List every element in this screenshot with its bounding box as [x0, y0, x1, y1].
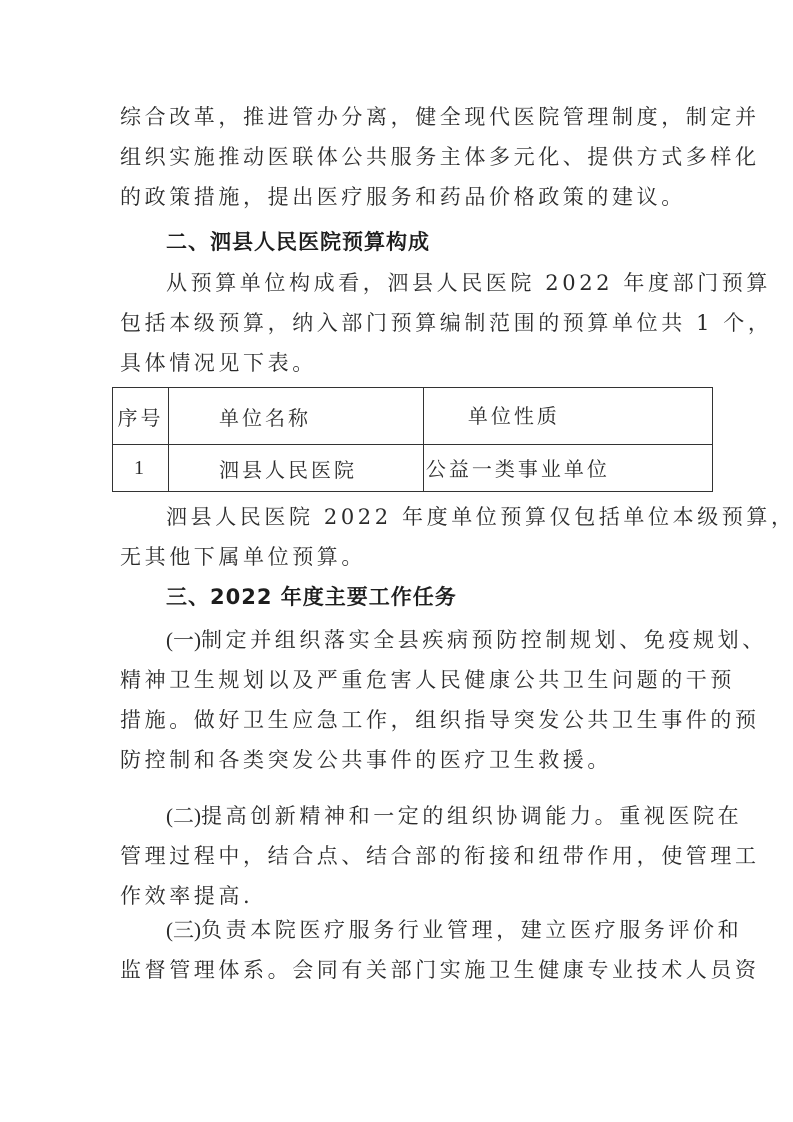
paragraph-line: 措施。做好卫生应急工作，组织指导突发公共卫生事件的预 [120, 700, 680, 740]
paragraph-line: 泗县人民医院 2022 年度单位预算仅包括单位本级预算， [166, 497, 726, 537]
header-seq: 序号 [113, 388, 169, 445]
paragraph-line: 防控制和各类突发公共事件的医疗卫生救援。 [120, 740, 680, 780]
paragraph-line: 管理过程中，结合点、结合部的衔接和纽带作用，使管理工 [120, 836, 680, 876]
task-item-label: (一) [166, 628, 201, 652]
budget-unit-table: 序号 单位名称 单位性质 1 泗县人民医院 公益一类事业单位 [112, 387, 713, 492]
task-item-2-line: (二)提高创新精神和一定的组织协调能力。重视医院在 [166, 796, 726, 836]
paragraph-line: 无其他下属单位预算。 [120, 537, 680, 577]
section-heading-main-tasks: 三、2022 年度主要工作任务 [166, 577, 726, 617]
paragraph-line: 具体情况见下表。 [120, 343, 680, 383]
cell-seq: 1 [113, 445, 169, 492]
task-item-3-line: (三)负责本院医疗服务行业管理，建立医疗服务评价和 [166, 910, 726, 950]
task-item-label: (二) [166, 804, 201, 828]
paragraph-line: 的政策措施，提出医疗服务和药品价格政策的建议。 [120, 177, 680, 217]
paragraph-line: 监督管理体系。会同有关部门实施卫生健康专业技术人员资 [120, 950, 680, 990]
table-row: 1 泗县人民医院 公益一类事业单位 [113, 445, 713, 492]
document-page: 综合改革，推进管办分离，健全现代医院管理制度，制定并 组织实施推动医联体公共服务… [0, 0, 793, 1122]
header-unit-name: 单位名称 [169, 388, 424, 445]
header-unit-type: 单位性质 [423, 388, 712, 445]
section-heading-budget-composition: 二、泗县人民医院预算构成 [166, 222, 726, 262]
cell-unit-name: 泗县人民医院 [169, 445, 424, 492]
paragraph-line: 组织实施推动医联体公共服务主体多元化、提供方式多样化 [120, 137, 680, 177]
task-item-text: 提高创新精神和一定的组织协调能力。重视医院在 [201, 804, 742, 828]
paragraph-line: 包括本级预算，纳入部门预算编制范围的预算单位共 1 个， [120, 303, 680, 343]
paragraph-line: 综合改革，推进管办分离，健全现代医院管理制度，制定并 [120, 97, 680, 137]
task-item-label: (三) [166, 918, 201, 942]
task-item-text: 制定并组织落实全县疾病预防控制规划、免疫规划、 [201, 628, 767, 652]
paragraph-line: 从预算单位构成看，泗县人民医院 2022 年度部门预算 [166, 263, 726, 303]
paragraph-line: 精神卫生规划以及严重危害人民健康公共卫生问题的干预 [120, 660, 680, 700]
cell-unit-type: 公益一类事业单位 [423, 445, 712, 492]
table-header-row: 序号 单位名称 单位性质 [113, 388, 713, 445]
task-item-text: 负责本院医疗服务行业管理，建立医疗服务评价和 [201, 918, 742, 942]
task-item-1-line: (一)制定并组织落实全县疾病预防控制规划、免疫规划、 [166, 620, 726, 660]
